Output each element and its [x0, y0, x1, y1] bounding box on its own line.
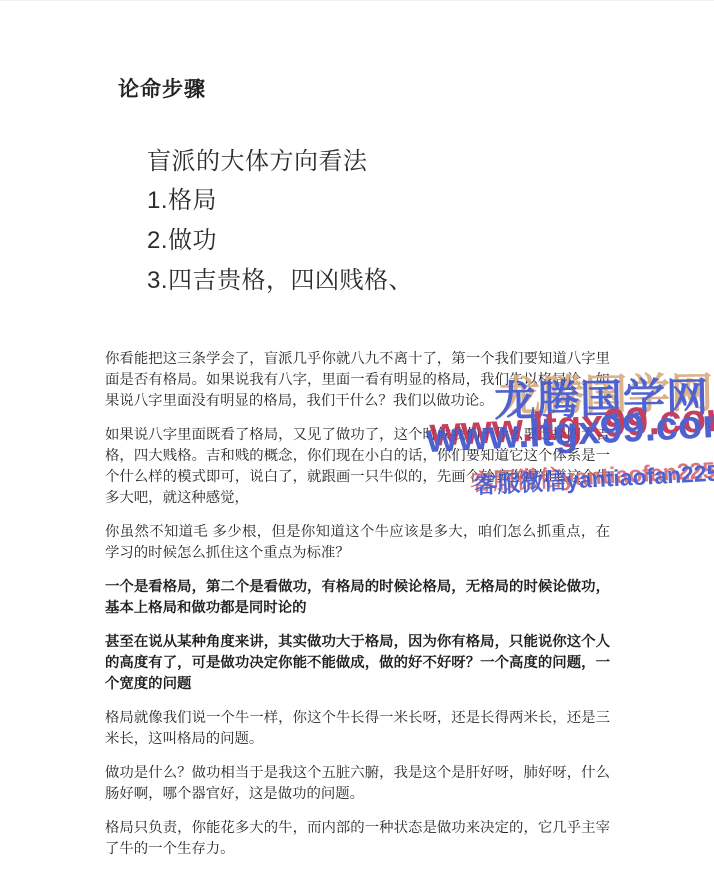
paragraph-8: 格局只负责，你能花多大的牛，而内部的一种状态是做功来决定的，它几乎主宰了牛的一个…: [105, 818, 610, 860]
direction-list: 1.格局 2.做功 3.四吉贵格，四凶贱格、: [147, 181, 413, 301]
list-item-gege: 3.四吉贵格，四凶贱格、: [147, 261, 413, 301]
paragraph-2: 如果说八字里面既看了格局，又见了做功了，这个时候我们干什么要选择四大吉格，四大贱…: [105, 425, 610, 509]
page-title: 论命步骤: [118, 73, 206, 103]
section-heading: 盲派的大体方向看法: [147, 141, 368, 176]
paragraph-6: 格局就像我们说一个牛一样，你这个牛长得一米长呀，还是长得两米长，还是三米长，这叫…: [105, 708, 610, 750]
body-text: 你看能把这三条学会了，盲派几乎你就八九不离十了，第一个我们要知道八字里面是否有格…: [105, 349, 610, 873]
list-item-zuogong: 2.做功: [147, 221, 413, 261]
paragraph-3: 你虽然不知道毛 多少根，但是你知道这个牛应该是多大，咱们怎么抓重点，在学习的时候…: [105, 522, 610, 564]
paragraph-1: 你看能把这三条学会了，盲派几乎你就八九不离十了，第一个我们要知道八字里面是否有格…: [105, 349, 610, 412]
paragraph-4: 一个是看格局，第二个是看做功，有格局的时候论格局，无格局的时候论做功，基本上格局…: [105, 577, 610, 619]
document-page: 论命步骤 盲派的大体方向看法 1.格局 2.做功 3.四吉贵格，四凶贱格、 你看…: [0, 0, 714, 873]
paragraph-7: 做功是什么？做功相当于是我这个五脏六腑，我是这个是肝好呀，肺好呀，什么肠好啊，哪…: [105, 763, 610, 805]
list-item-geju: 1.格局: [147, 181, 413, 221]
paragraph-5: 甚至在说从某种角度来讲，其实做功大于格局，因为你有格局，只能说你这个人的高度有了…: [105, 632, 610, 695]
